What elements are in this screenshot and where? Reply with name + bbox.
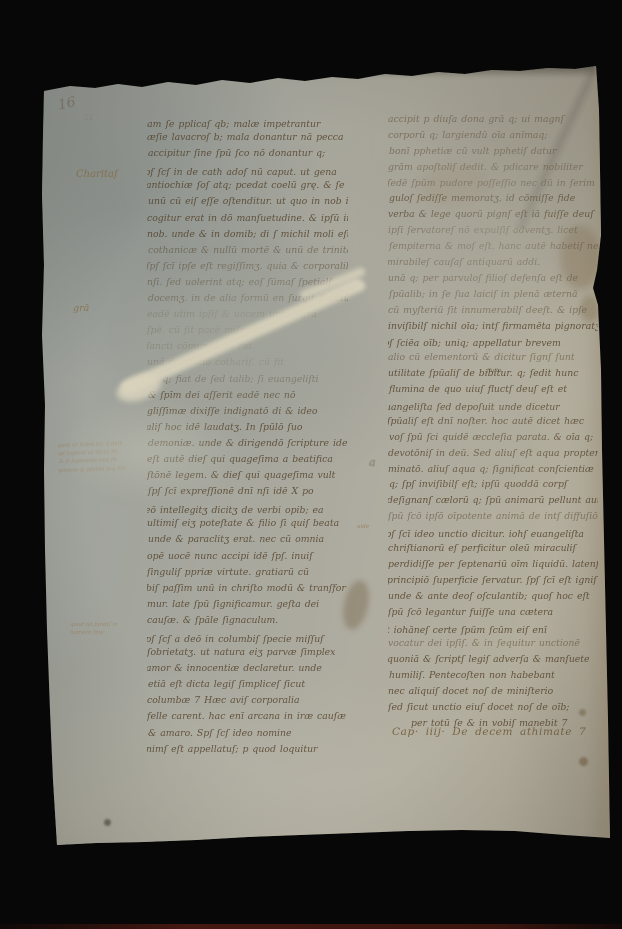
manuscript-page: 16 22 Charitaſ grā quid nr ſcōrū hic ē d…: [0, 0, 622, 929]
film-edge-sliver: [0, 924, 622, 929]
photo-background: 16 22 Charitaſ grā quid nr ſcōrū hic ē d…: [0, 0, 622, 929]
edge-vignette: [30, 55, 620, 855]
